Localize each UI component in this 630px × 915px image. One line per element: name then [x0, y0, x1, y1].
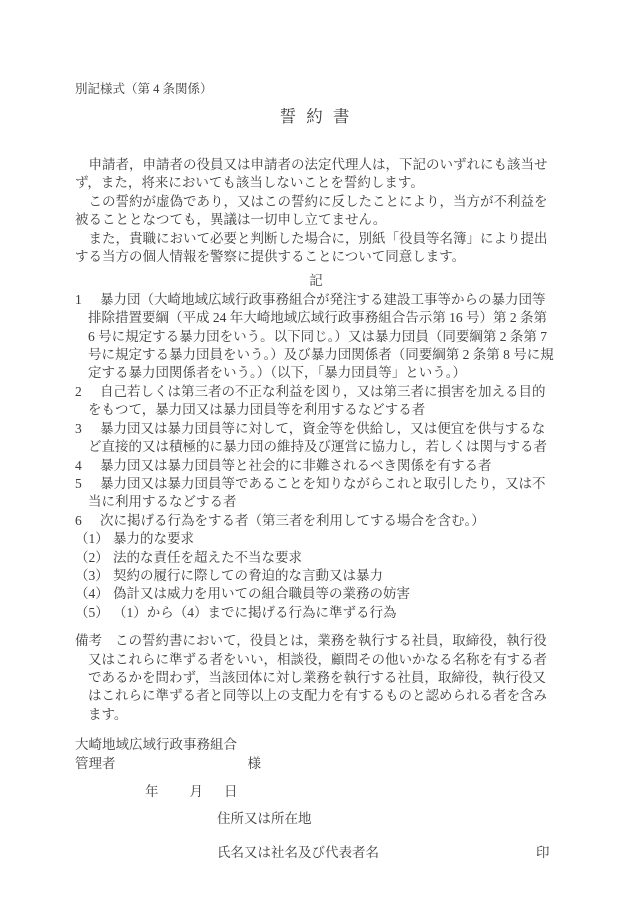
- addressee-block: 大崎地域広域行政事務組合 管理者様: [75, 736, 557, 773]
- addressee-role-line: 管理者様: [75, 755, 557, 773]
- clause-number: 2: [75, 383, 100, 401]
- intro-paragraph-1: 申請者，申請者の役員又は申請者の法定代理人は，下記のいずれにも該当せず，また，将…: [75, 156, 557, 193]
- clause-item-4: 4暴力団又は暴力団員等と社会的に非難されるべき関係を有する者: [75, 457, 557, 475]
- clause-number: 4: [75, 457, 100, 475]
- sub-clause-text: 偽計又は威力を用いての組合職員等の業務の妨害: [113, 586, 410, 601]
- pledge-document-page: 別記様式（第 4 条関係） 誓 約 書 申請者，申請者の役員又は申請者の法定代理…: [0, 0, 630, 915]
- clause-item-3: 3暴力団又は暴力団員等に対して，資金等を供給し，又は便宜を供与するなど直接的又は…: [75, 420, 557, 457]
- remarks-text: この誓約書において，役員とは，業務を執行する社員，取締役，執行役又はこれらに準ず…: [88, 633, 547, 722]
- addressee-organization: 大崎地域広域行政事務組合: [75, 736, 557, 754]
- sub-clause-1: （1）暴力的な要求: [75, 530, 557, 548]
- sub-clause-2: （2）法的な責任を超えた不当な要求: [75, 549, 557, 567]
- address-field-label: 住所又は所在地: [217, 810, 557, 828]
- sub-clause-3: （3）契約の履行に際しての脅迫的な言動又は暴力: [75, 567, 557, 585]
- sub-clause-4: （4）偽計又は威力を用いての組合職員等の業務の妨害: [75, 585, 557, 603]
- addressee-role: 管理者: [75, 756, 116, 771]
- name-field-line: 氏名又は社名及び代表者名印: [217, 844, 557, 862]
- clause-text: 暴力団又は暴力団員等に対して，資金等を供給し，又は便宜を供与するなど直接的又は積…: [88, 421, 547, 454]
- sub-clause-text: 契約の履行に際しての脅迫的な言動又は暴力: [113, 568, 383, 583]
- clause-item-1: 1暴力団（大崎地域広域行政事務組合が発注する建設工事等からの暴力団等排除措置要綱…: [75, 291, 557, 383]
- sub-clause-number: （3）: [75, 567, 113, 585]
- clause-number: 1: [75, 291, 100, 309]
- sub-clause-text: 法的な責任を超えた不当な要求: [113, 550, 302, 565]
- record-heading: 記: [75, 272, 557, 290]
- form-style-note: 別記様式（第 4 条関係）: [75, 80, 557, 98]
- seal-mark: 印: [536, 845, 550, 860]
- intro-section: 申請者，申請者の役員又は申請者の法定代理人は，下記のいずれにも該当せず，また，将…: [75, 156, 557, 266]
- clause-text: 暴力団又は暴力団員等と社会的に非難されるべき関係を有する者: [100, 458, 492, 473]
- clause-number: 3: [75, 420, 100, 438]
- day-label: 日: [224, 784, 238, 799]
- remarks-label: 備考: [75, 632, 115, 650]
- document-title: 誓 約 書: [75, 106, 557, 128]
- name-field-label: 氏名又は社名及び代表者名: [217, 845, 379, 860]
- sub-clause-number: （2）: [75, 549, 113, 567]
- sub-clause-text: （1）から（4）までに掲げる行為に準ずる行為: [113, 605, 397, 620]
- date-fill-in-line: 年月日: [75, 783, 557, 801]
- sub-clause-text: 暴力的な要求: [113, 531, 194, 546]
- clause-item-5: 5暴力団又は暴力団員等であることを知りながらこれと取引したり，又は不当に利用する…: [75, 475, 557, 512]
- clause-text: 次に掲げる行為をする者（第三者を利用してする場合を含む。）: [100, 513, 485, 528]
- sub-clause-5: （5）（1）から（4）までに掲げる行為に準ずる行為: [75, 604, 557, 622]
- remarks-paragraph: 備考この誓約書において，役員とは，業務を執行する社員，取締役，執行役又はこれらに…: [75, 632, 557, 724]
- clause-text: 暴力団（大崎地域広域行政事務組合が発注する建設工事等からの暴力団等排除措置要綱（…: [88, 292, 554, 381]
- clause-number: 6: [75, 512, 100, 530]
- numbered-clauses: 1暴力団（大崎地域広域行政事務組合が発注する建設工事等からの暴力団等排除措置要綱…: [75, 291, 557, 530]
- addressee-honorific: 様: [248, 756, 262, 771]
- clause-item-2: 2自己若しくは第三者の不正な利益を図り，又は第三者に損害を加える目的をもつて，暴…: [75, 383, 557, 420]
- sub-clause-number: （1）: [75, 530, 113, 548]
- sub-clauses: （1）暴力的な要求 （2）法的な責任を超えた不当な要求 （3）契約の履行に際して…: [75, 530, 557, 622]
- clause-item-6: 6次に掲げる行為をする者（第三者を利用してする場合を含む。）: [75, 512, 557, 530]
- clause-text: 自己若しくは第三者の不正な利益を図り，又は第三者に損害を加える目的をもつて，暴力…: [88, 384, 546, 417]
- sub-clause-number: （4）: [75, 585, 113, 603]
- sub-clause-number: （5）: [75, 604, 113, 622]
- intro-paragraph-2: この誓約が虚偽であり，又はこの誓約に反したことにより，当方が不利益を被ることとな…: [75, 193, 557, 230]
- clause-number: 5: [75, 475, 100, 493]
- year-label: 年: [145, 784, 159, 799]
- clause-text: 暴力団又は暴力団員等であることを知りながらこれと取引したり，又は不当に利用するな…: [88, 476, 546, 509]
- month-label: 月: [190, 784, 204, 799]
- intro-paragraph-3: また，貴職において必要と判断した場合に，別紙「役員等名簿」により提出する当方の個…: [75, 230, 557, 267]
